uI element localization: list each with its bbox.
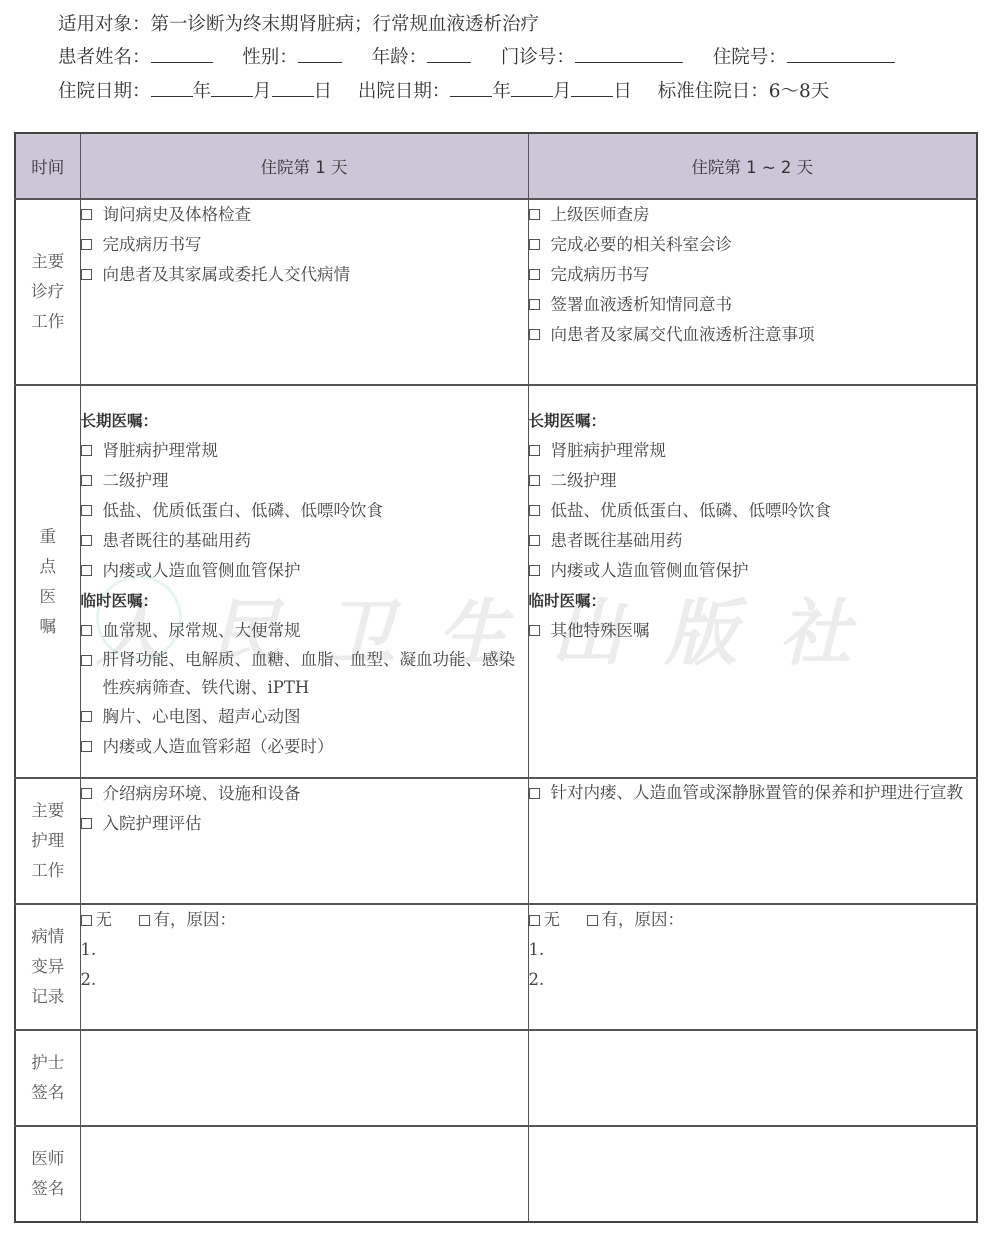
outpatient-no-field[interactable] — [575, 46, 683, 63]
checklist-item[interactable]: 内瘘或人造血管侧血管保护 — [529, 556, 977, 586]
table-row-diagnosis: 主要 诊疗 工作 询问病史及体格检查 完成病历书写 向患者及其家属或委托人交代病… — [15, 199, 977, 385]
label-line: 护士 — [16, 1048, 80, 1078]
item-text: 签署血液透析知情同意书 — [551, 295, 733, 314]
item-text: 询问病史及体格检查 — [103, 205, 252, 224]
item-text: 完成病历书写 — [103, 235, 202, 254]
checkbox-icon[interactable] — [529, 209, 540, 220]
year-label: 年 — [193, 81, 212, 102]
checkbox-icon[interactable] — [529, 299, 540, 310]
label-line: 主要 — [16, 796, 80, 826]
patient-info-line: 患者姓名： 性别： 年龄： 门诊号： 住院号： — [58, 46, 895, 70]
checkbox-icon[interactable] — [81, 445, 92, 456]
month-label: 月 — [553, 81, 572, 102]
discharge-month-field[interactable] — [511, 80, 553, 97]
temporary-orders-heading: 临时医嘱： — [81, 586, 528, 616]
label-line: 嘱 — [16, 612, 80, 642]
checklist-item[interactable]: 肾脏病护理常规 — [529, 436, 977, 466]
checklist-item[interactable]: 低盐、优质低蛋白、低磷、低嘌呤饮食 — [81, 496, 528, 526]
checkbox-icon[interactable] — [81, 209, 92, 220]
checkbox-icon[interactable] — [529, 535, 540, 546]
admission-month-field[interactable] — [211, 80, 253, 97]
temporary-orders-heading: 临时医嘱： — [529, 586, 977, 616]
label-line: 签名 — [16, 1174, 80, 1204]
checkbox-icon[interactable] — [529, 329, 540, 340]
checklist-item[interactable]: 内瘘或人造血管彩超（必要时） — [81, 732, 528, 762]
label-line: 签名 — [16, 1078, 80, 1108]
item-text: 肾脏病护理常规 — [551, 441, 667, 460]
checklist-item[interactable]: 二级护理 — [529, 466, 977, 496]
item-text: 其他特殊医嘱 — [551, 621, 650, 640]
label-line: 护理 — [16, 826, 80, 856]
item-text: 内瘘或人造血管侧血管保护 — [103, 561, 301, 580]
row-label-nursing: 主要 护理 工作 — [15, 778, 80, 904]
patient-name-field[interactable] — [151, 46, 213, 63]
item-text: 肾脏病护理常规 — [103, 441, 219, 460]
checkbox-icon[interactable] — [81, 711, 92, 722]
table-row-nurse-signature: 护士 签名 — [15, 1030, 977, 1126]
checkbox-has[interactable] — [139, 915, 150, 926]
checklist-item[interactable]: 低盐、优质低蛋白、低磷、低嘌呤饮食 — [529, 496, 977, 526]
variance-day1: 无 有，原因： 1. 2. — [80, 904, 528, 1030]
checkbox-icon[interactable] — [81, 565, 92, 576]
checklist-item[interactable]: 其他特殊医嘱 — [529, 616, 977, 646]
checkbox-icon[interactable] — [81, 625, 92, 636]
variance-line-2[interactable]: 2. — [529, 965, 977, 995]
variance-day2: 无 有，原因： 1. 2. — [528, 904, 977, 1030]
variance-options: 无 有，原因： — [529, 905, 977, 935]
label-line: 主要 — [16, 247, 80, 277]
checkbox-none[interactable] — [81, 915, 92, 926]
checklist-item[interactable]: 向患者及家属交代血液透析注意事项 — [529, 320, 977, 350]
item-text: 完成病历书写 — [551, 265, 650, 284]
age-label: 年龄： — [372, 47, 428, 68]
item-text: 低盐、优质低蛋白、低磷、低嘌呤饮食 — [551, 501, 832, 520]
checkbox-icon[interactable] — [81, 655, 92, 666]
item-text: 肝肾功能、电解质、血糖、血脂、血型、凝血功能、感染性疾病筛查、铁代谢、iPTH — [103, 650, 516, 697]
diagnosis-day2: 上级医师查房 完成必要的相关科室会诊 完成病历书写 签署血液透析知情同意书 向患… — [528, 199, 977, 385]
checklist-item[interactable]: 内瘘或人造血管侧血管保护 — [81, 556, 528, 586]
checklist-item[interactable]: 签署血液透析知情同意书 — [529, 290, 977, 320]
standard-stay: 标准住院日：6～8天 — [658, 81, 830, 102]
item-text: 向患者及其家属或委托人交代病情 — [103, 265, 351, 284]
checkbox-icon[interactable] — [529, 269, 540, 280]
checklist-item[interactable]: 胸片、心电图、超声心动图 — [81, 702, 528, 732]
checkbox-icon[interactable] — [529, 788, 540, 799]
orders-day2: 长期医嘱： 肾脏病护理常规 二级护理 低盐、优质低蛋白、低磷、低嘌呤饮食 患者既… — [528, 385, 977, 778]
variance-line-1[interactable]: 1. — [81, 935, 528, 965]
checklist-item[interactable]: 针对内瘘、人造血管或深静脉置管的保养和护理进行宣教 — [529, 779, 977, 807]
item-text: 患者既往的基础用药 — [103, 531, 252, 550]
row-label-variance: 病情 变异 记录 — [15, 904, 80, 1030]
outpatient-no-label: 门诊号： — [501, 47, 575, 68]
item-text: 低盐、优质低蛋白、低磷、低嘌呤饮食 — [103, 501, 384, 520]
nursing-day1: 介绍病房环境、设施和设备 入院护理评估 — [80, 778, 528, 904]
option-none-label: 无 — [544, 910, 561, 929]
checkbox-icon[interactable] — [529, 505, 540, 516]
gender-label: 性别： — [242, 47, 298, 68]
age-field[interactable] — [427, 46, 471, 63]
option-none-label: 无 — [96, 910, 113, 929]
applicable-subject-line: 适用对象：第一诊断为终末期肾脏病；行常规血液透析治疗 — [58, 13, 539, 37]
header-time: 时间 — [15, 133, 80, 199]
label-line: 病情 — [16, 922, 80, 952]
header-day1-2: 住院第 1 ~ 2 天 — [528, 133, 977, 199]
row-label-diagnosis: 主要 诊疗 工作 — [15, 199, 80, 385]
label-line: 医师 — [16, 1144, 80, 1174]
inpatient-no-label: 住院号： — [713, 47, 787, 68]
header-day1: 住院第 1 天 — [80, 133, 528, 199]
table-row-doctor-signature: 医师 签名 — [15, 1126, 977, 1222]
discharge-year-field[interactable] — [450, 80, 492, 97]
checklist-item[interactable]: 完成病历书写 — [81, 230, 528, 260]
nurse-signature-day1[interactable] — [80, 1030, 528, 1126]
nursing-day2: 针对内瘘、人造血管或深静脉置管的保养和护理进行宣教 — [528, 778, 977, 904]
clinical-pathway-table: 时间 住院第 1 天 住院第 1 ~ 2 天 主要 诊疗 工作 询问病史及体格检… — [14, 132, 978, 1223]
long-term-orders-heading: 长期医嘱： — [529, 406, 977, 436]
checklist-item[interactable]: 入院护理评估 — [81, 809, 528, 839]
table-row-orders: 重 点 医 嘱 长期医嘱： 肾脏病护理常规 二级护理 低盐、优质低蛋白、低磷、低… — [15, 385, 977, 778]
checklist-item[interactable]: 询问病史及体格检查 — [81, 200, 528, 230]
month-label: 月 — [253, 81, 272, 102]
gender-field[interactable] — [298, 46, 342, 63]
discharge-date-label: 出院日期： — [358, 81, 451, 102]
option-has-label: 有，原因： — [602, 910, 685, 929]
checklist-item[interactable]: 血常规、尿常规、大便常规 — [81, 616, 528, 646]
checkbox-icon[interactable] — [81, 269, 92, 280]
row-label-nurse-signature: 护士 签名 — [15, 1030, 80, 1126]
row-label-orders: 重 点 医 嘱 — [15, 385, 80, 778]
item-text: 血常规、尿常规、大便常规 — [103, 621, 301, 640]
checkbox-none[interactable] — [529, 915, 540, 926]
item-text: 向患者及家属交代血液透析注意事项 — [551, 325, 815, 344]
label-line: 工作 — [16, 856, 80, 886]
admission-date-label: 住院日期： — [58, 81, 151, 102]
item-text: 入院护理评估 — [103, 814, 202, 833]
item-text: 内瘘或人造血管彩超（必要时） — [103, 737, 334, 756]
checkbox-icon[interactable] — [529, 625, 540, 636]
item-text: 胸片、心电图、超声心动图 — [103, 707, 301, 726]
item-text: 针对内瘘、人造血管或深静脉置管的保养和护理进行宣教 — [551, 783, 964, 802]
discharge-day-field[interactable] — [571, 80, 613, 97]
checkbox-icon[interactable] — [529, 475, 540, 486]
label-line: 医 — [16, 582, 80, 612]
variance-options: 无 有，原因： — [81, 905, 528, 935]
label-line: 变异 — [16, 952, 80, 982]
checklist-item[interactable]: 患者既往的基础用药 — [81, 526, 528, 556]
variance-line-1[interactable]: 1. — [529, 935, 977, 965]
doctor-signature-day1[interactable] — [80, 1126, 528, 1222]
checkbox-icon[interactable] — [81, 818, 92, 829]
checklist-item[interactable]: 完成病历书写 — [529, 260, 977, 290]
day-label: 日 — [613, 81, 632, 102]
item-text: 完成必要的相关科室会诊 — [551, 235, 733, 254]
checkbox-icon[interactable] — [529, 445, 540, 456]
checkbox-icon[interactable] — [81, 535, 92, 546]
doctor-signature-day2[interactable] — [528, 1126, 977, 1222]
item-text: 二级护理 — [103, 471, 169, 490]
item-text: 内瘘或人造血管侧血管保护 — [551, 561, 749, 580]
day-label: 日 — [314, 81, 333, 102]
item-text: 患者既往基础用药 — [551, 531, 683, 550]
item-text: 上级医师查房 — [551, 205, 650, 224]
checklist-item[interactable]: 上级医师查房 — [529, 200, 977, 230]
table-header-row: 时间 住院第 1 天 住院第 1 ~ 2 天 — [15, 133, 977, 199]
checkbox-icon[interactable] — [81, 741, 92, 752]
checkbox-icon[interactable] — [81, 788, 92, 799]
label-line: 重 — [16, 522, 80, 552]
nurse-signature-day2[interactable] — [528, 1030, 977, 1126]
checkbox-has[interactable] — [587, 915, 598, 926]
variance-line-2[interactable]: 2. — [81, 965, 528, 995]
checklist-item[interactable]: 向患者及其家属或委托人交代病情 — [81, 260, 528, 290]
checklist-item[interactable]: 介绍病房环境、设施和设备 — [81, 779, 528, 809]
inpatient-no-field[interactable] — [787, 46, 895, 63]
admission-year-field[interactable] — [151, 80, 193, 97]
option-has-label: 有，原因： — [154, 910, 237, 929]
admission-day-field[interactable] — [272, 80, 314, 97]
item-text: 二级护理 — [551, 471, 617, 490]
year-label: 年 — [492, 81, 511, 102]
checkbox-icon[interactable] — [81, 475, 92, 486]
label-line: 记录 — [16, 982, 80, 1012]
row-label-doctor-signature: 医师 签名 — [15, 1126, 80, 1222]
table-row-variance: 病情 变异 记录 无 有，原因： 1. 2. 无 有，原因： 1. 2. — [15, 904, 977, 1030]
checkbox-icon[interactable] — [529, 239, 540, 250]
checklist-item[interactable]: 二级护理 — [81, 466, 528, 496]
checklist-item[interactable]: 肾脏病护理常规 — [81, 436, 528, 466]
checkbox-icon[interactable] — [529, 565, 540, 576]
long-term-orders-heading: 长期医嘱： — [81, 406, 528, 436]
orders-day1: 长期医嘱： 肾脏病护理常规 二级护理 低盐、优质低蛋白、低磷、低嘌呤饮食 患者既… — [80, 385, 528, 778]
checklist-item[interactable]: 患者既往基础用药 — [529, 526, 977, 556]
checklist-item[interactable]: 肝肾功能、电解质、血糖、血脂、血型、凝血功能、感染性疾病筛查、铁代谢、iPTH — [81, 646, 528, 702]
label-line: 诊疗 — [16, 277, 80, 307]
checklist-item[interactable]: 完成必要的相关科室会诊 — [529, 230, 977, 260]
label-line: 工作 — [16, 307, 80, 337]
checkbox-icon[interactable] — [81, 505, 92, 516]
item-text: 介绍病房环境、设施和设备 — [103, 784, 301, 803]
dates-line: 住院日期：年月日 出院日期：年月日 标准住院日：6～8天 — [58, 80, 829, 104]
patient-name-label: 患者姓名： — [58, 47, 151, 68]
table-row-nursing: 主要 护理 工作 介绍病房环境、设施和设备 入院护理评估 针对内瘘、人造血管或深… — [15, 778, 977, 904]
label-line: 点 — [16, 552, 80, 582]
diagnosis-day1: 询问病史及体格检查 完成病历书写 向患者及其家属或委托人交代病情 — [80, 199, 528, 385]
checkbox-icon[interactable] — [81, 239, 92, 250]
